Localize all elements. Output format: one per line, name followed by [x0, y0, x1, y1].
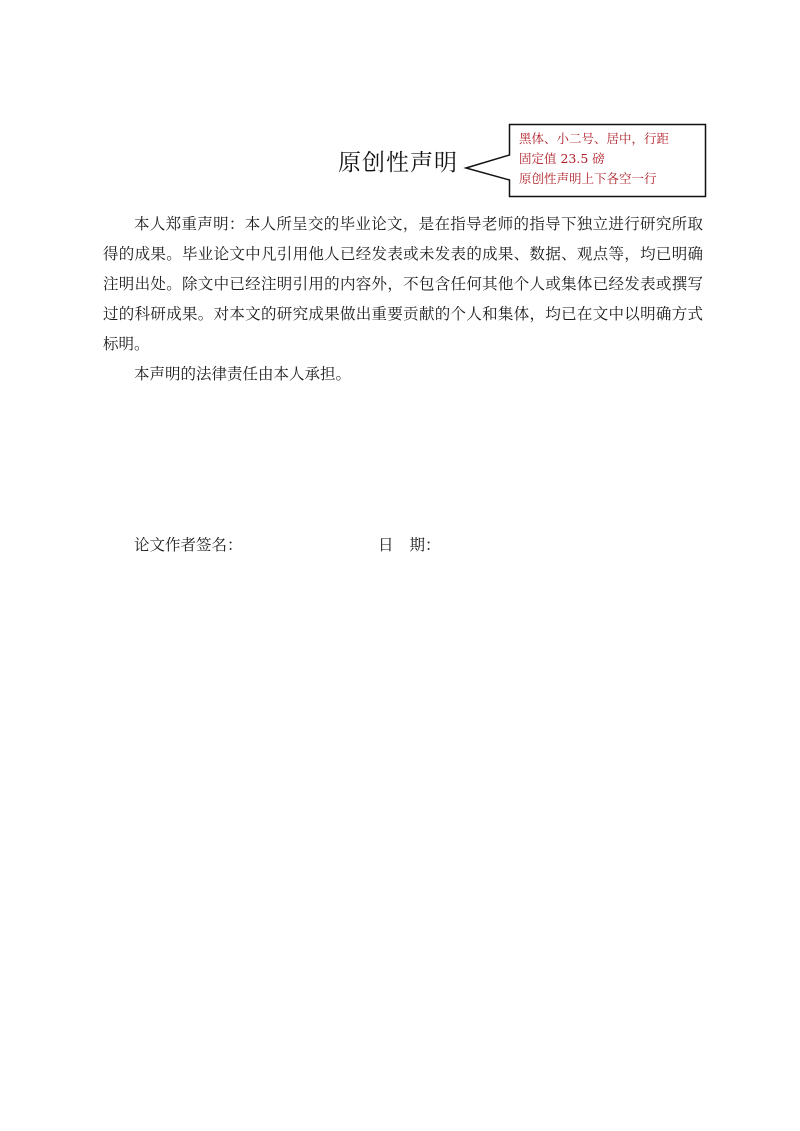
- date-label: 日期：: [378, 533, 441, 557]
- declaration-body: 本人郑重声明：本人所呈交的毕业论文，是在指导老师的指导下独立进行研究所取得的成果…: [103, 209, 703, 389]
- date-label-char2: 期：: [410, 536, 441, 554]
- annotation-line-spacing: 固定值 23.5 磅: [519, 149, 705, 169]
- page-title: 原创性声明: [338, 148, 458, 178]
- liability-paragraph: 本声明的法律责任由本人承担。: [103, 359, 703, 389]
- annotation-line-blank: 原创性声明上下各空一行: [519, 169, 705, 189]
- annotation-line-font: 黑体、小二号、居中，行距: [519, 129, 705, 149]
- document-page: 原创性声明 黑体、小二号、居中，行距 固定值 23.5 磅 原创性声明上下各空一…: [0, 0, 800, 1131]
- format-annotation-callout: 黑体、小二号、居中，行距 固定值 23.5 磅 原创性声明上下各空一行: [519, 129, 705, 189]
- date-label-char1: 日: [378, 536, 394, 554]
- author-signature-label: 论文作者签名：: [134, 533, 243, 557]
- declaration-paragraph: 本人郑重声明：本人所呈交的毕业论文，是在指导老师的指导下独立进行研究所取得的成果…: [103, 209, 703, 359]
